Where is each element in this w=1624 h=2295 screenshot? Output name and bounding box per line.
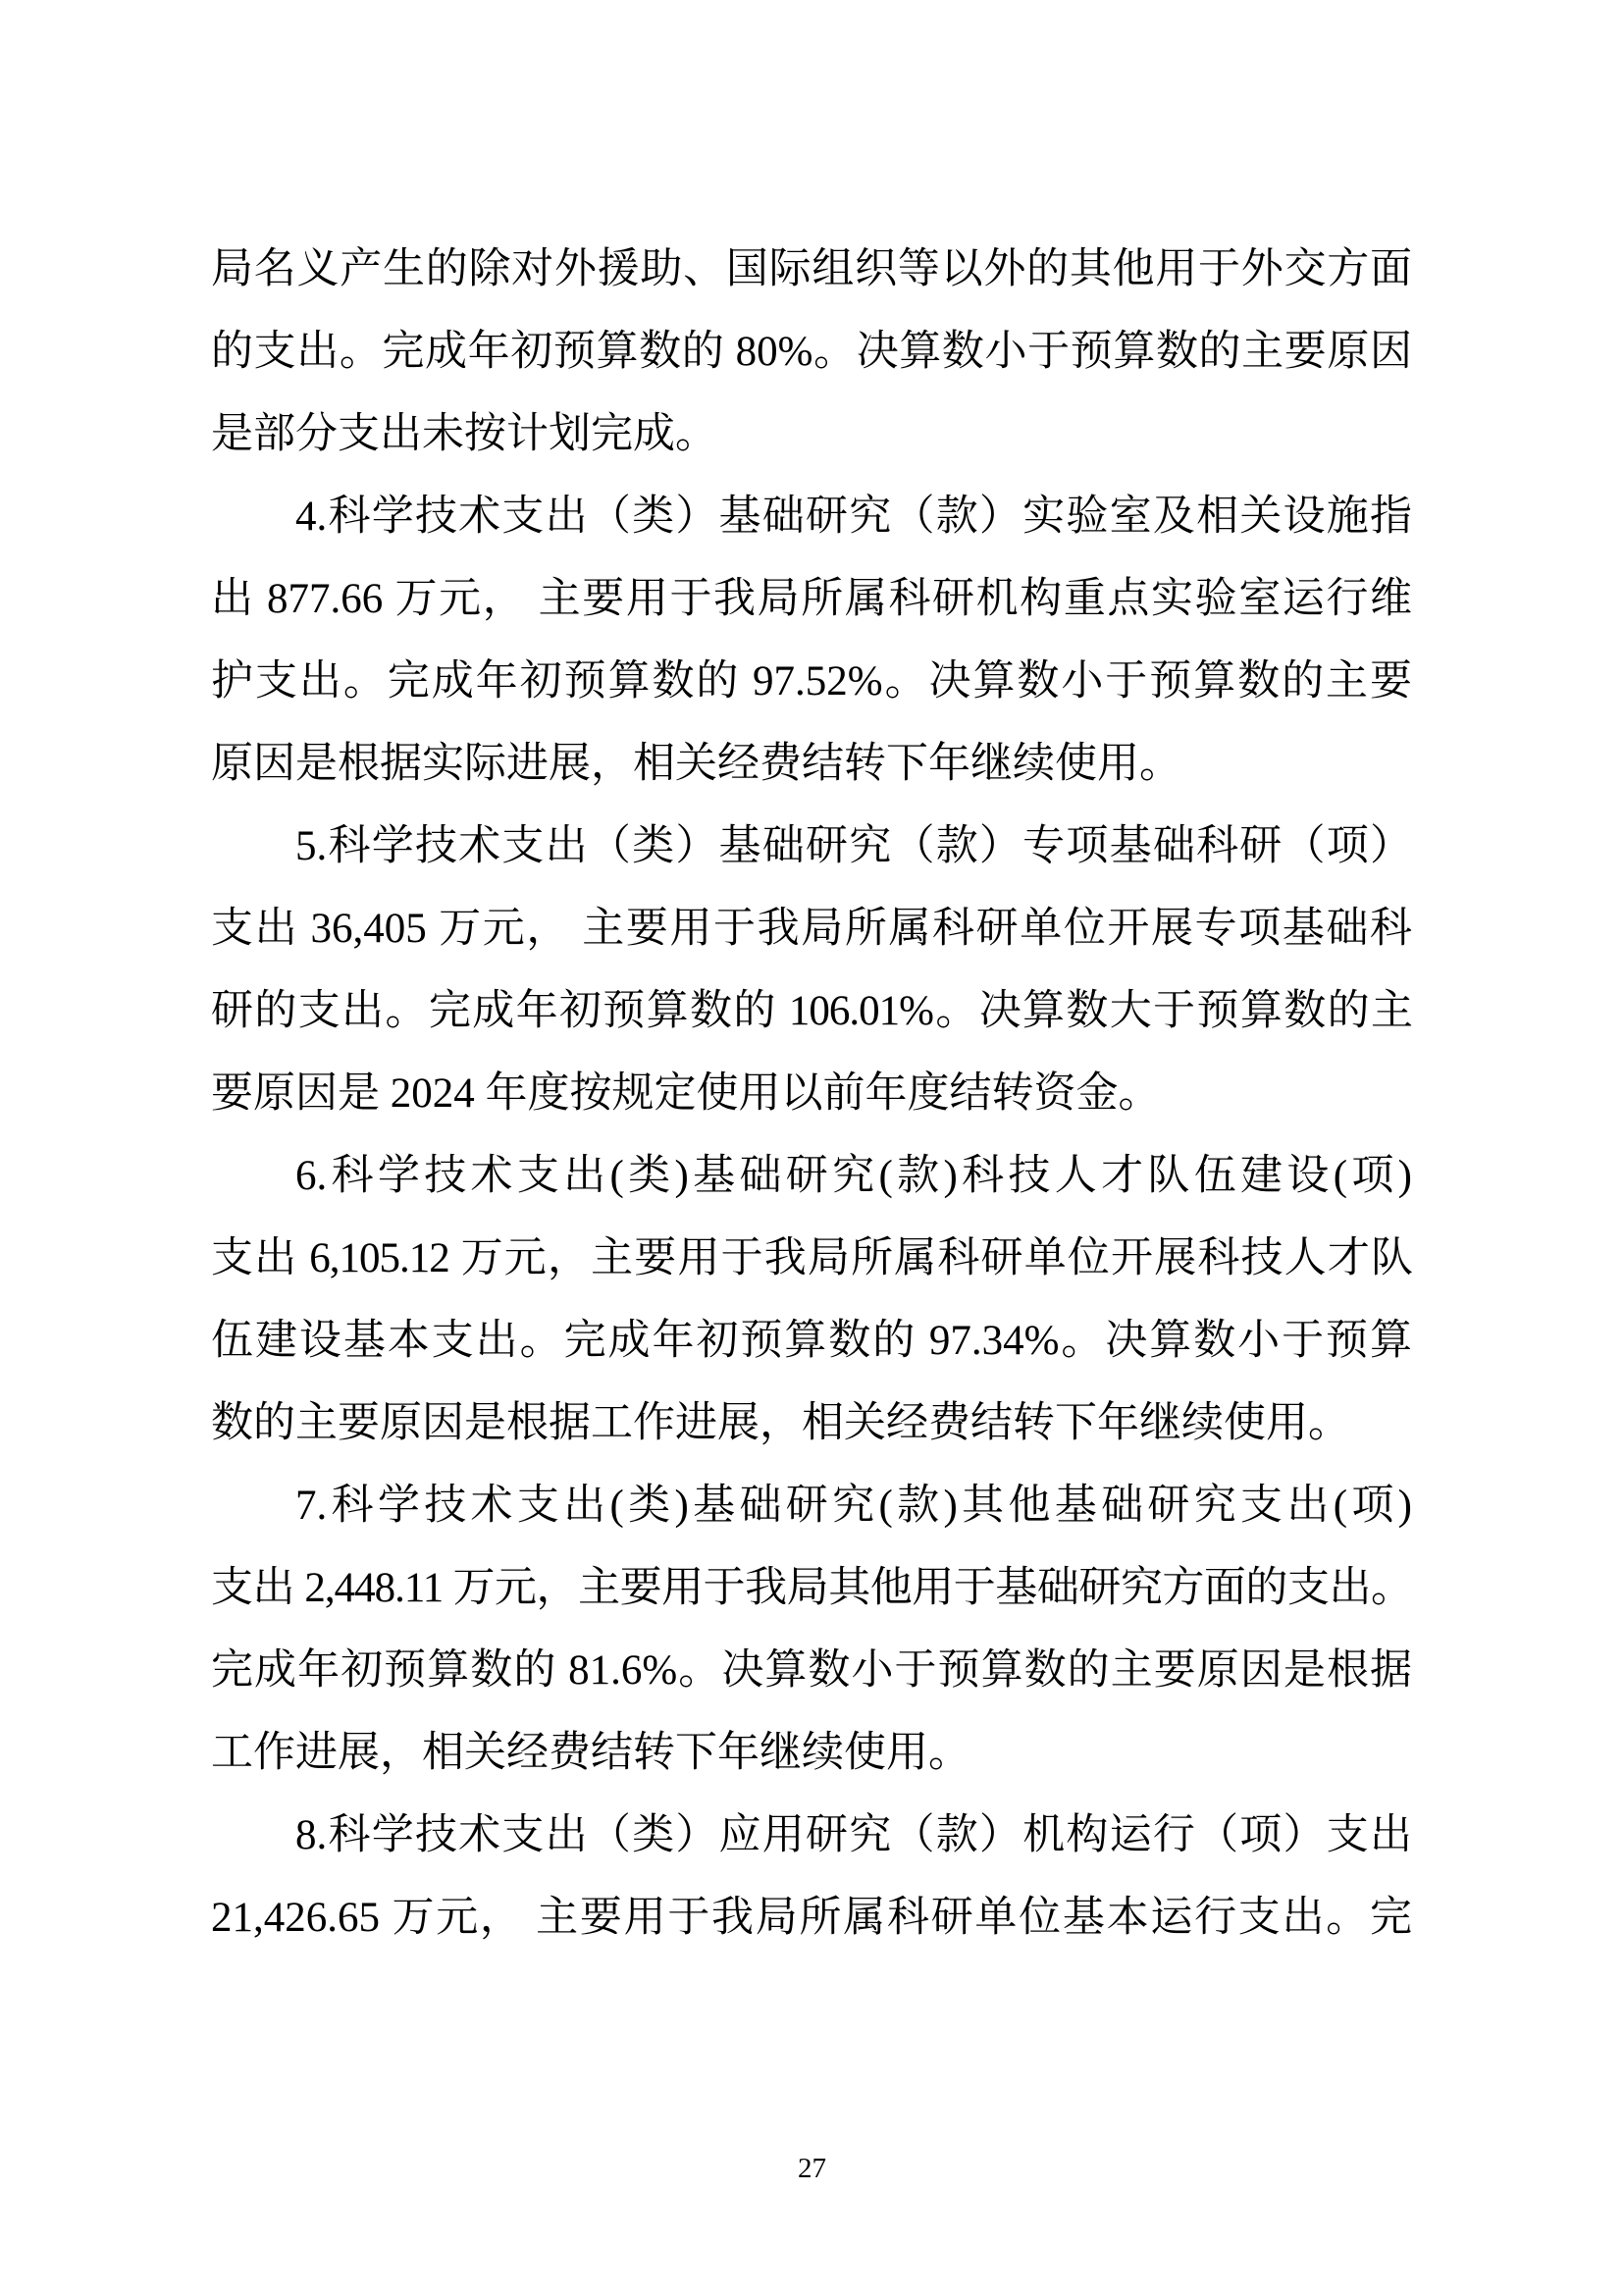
text-line: 护支出。完成年初预算数的 97.52%。决算数小于预算数的主要 [211, 641, 1412, 723]
text-line: 出 877.66 万元， 主要用于我局所属科研机构重点实验室运行维 [211, 558, 1412, 641]
text-line: 4.科学技术支出（类）基础研究（款）实验室及相关设施指 [211, 476, 1412, 558]
text-line: 支出 36,405 万元， 主要用于我局所属科研单位开展专项基础科 [211, 888, 1412, 970]
text-line: 伍建设基本支出。完成年初预算数的 97.34%。决算数小于预算 [211, 1300, 1412, 1382]
page-number: 27 [0, 2151, 1624, 2186]
text-line: 原因是根据实际进展，相关经费结转下年继续使用。 [211, 723, 1412, 806]
document-body: 局名义产生的除对外援助、国际组织等以外的其他用于外交方面 的支出。完成年初预算数… [211, 229, 1412, 1959]
text-line: 的支出。完成年初预算数的 80%。决算数小于预算数的主要原因 [211, 311, 1412, 393]
text-line: 7.科学技术支出(类)基础研究(款)其他基础研究支出(项) [211, 1465, 1412, 1547]
text-line: 6.科学技术支出(类)基础研究(款)科技人才队伍建设(项) [211, 1135, 1412, 1218]
text-line: 局名义产生的除对外援助、国际组织等以外的其他用于外交方面 [211, 229, 1412, 311]
text-line: 5.科学技术支出（类）基础研究（款）专项基础科研（项） [211, 806, 1412, 888]
text-line: 支出 2,448.11 万元，主要用于我局其他用于基础研究方面的支出。 [211, 1547, 1412, 1630]
text-line: 数的主要原因是根据工作进展，相关经费结转下年继续使用。 [211, 1382, 1412, 1465]
text-line: 支出 6,105.12 万元，主要用于我局所属科研单位开展科技人才队 [211, 1218, 1412, 1300]
text-line: 8.科学技术支出（类）应用研究（款）机构运行（项）支出 [211, 1795, 1412, 1877]
text-line: 21,426.65 万元， 主要用于我局所属科研单位基本运行支出。完 [211, 1877, 1412, 1959]
text-line: 要原因是 2024 年度按规定使用以前年度结转资金。 [211, 1053, 1412, 1135]
text-line: 完成年初预算数的 81.6%。决算数小于预算数的主要原因是根据 [211, 1630, 1412, 1712]
text-line: 是部分支出未按计划完成。 [211, 393, 1412, 476]
text-line: 研的支出。完成年初预算数的 106.01%。决算数大于预算数的主 [211, 970, 1412, 1053]
document-page: 局名义产生的除对外援助、国际组织等以外的其他用于外交方面 的支出。完成年初预算数… [0, 0, 1624, 2295]
text-line: 工作进展，相关经费结转下年继续使用。 [211, 1712, 1412, 1795]
